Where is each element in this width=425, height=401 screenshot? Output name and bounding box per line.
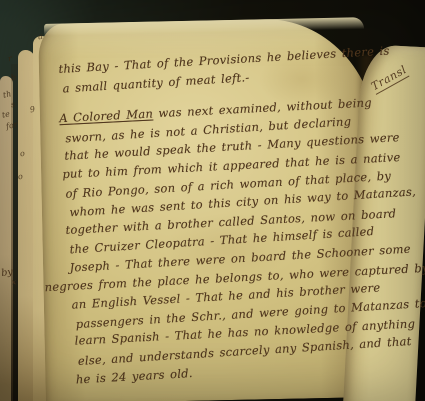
manuscript-text: this Bay - That of the Provisions he bel… xyxy=(58,43,388,389)
margin-insertion-caret: x xyxy=(11,278,16,286)
margin-insertion: by x xyxy=(1,267,17,287)
book-photo: arbthstefor9oo Transl this Bay - That of… xyxy=(0,0,425,401)
next-page-heading: Transl xyxy=(369,63,410,95)
page-edge-fragment: r xyxy=(7,55,12,64)
page-edge-fragment: th xyxy=(2,90,12,100)
page-edge-fragment: a xyxy=(37,33,43,42)
page-edge-fragment: te xyxy=(1,110,10,119)
